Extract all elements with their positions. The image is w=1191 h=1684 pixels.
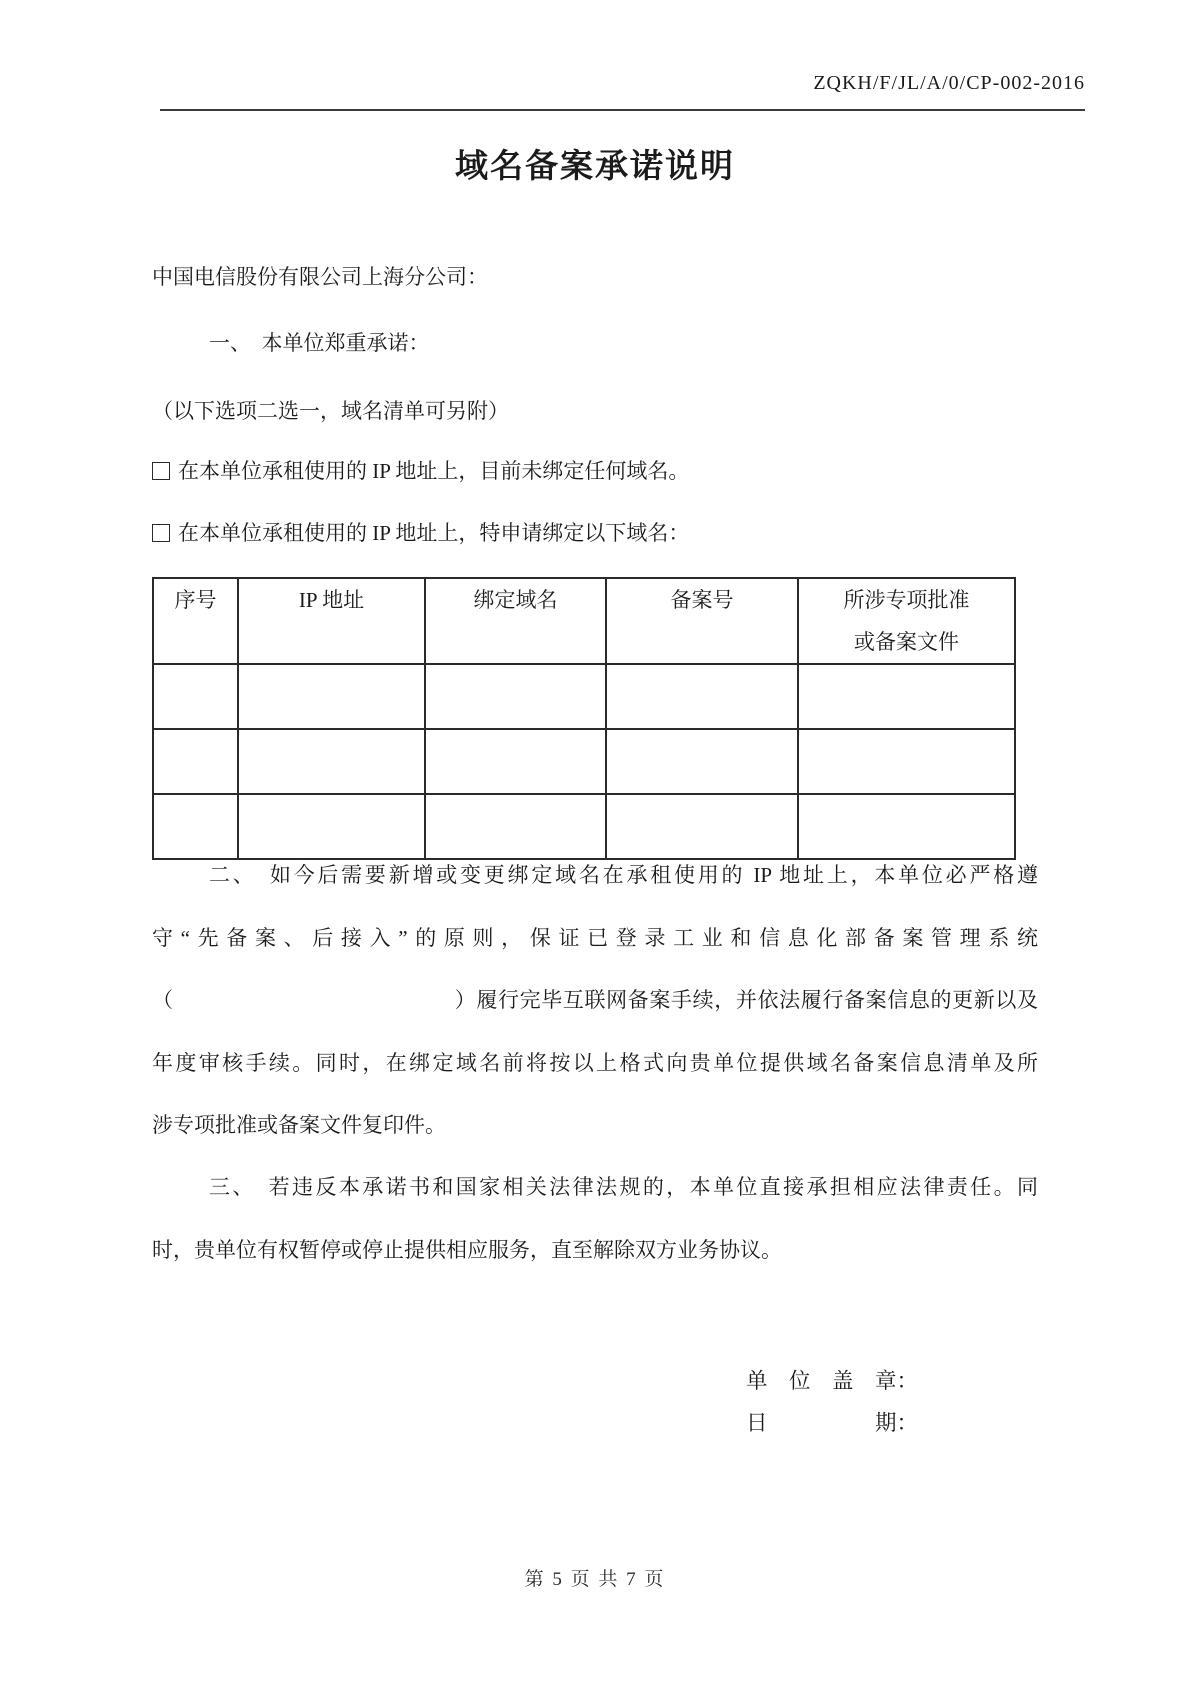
domain-table: 序号 IP 地址 绑定域名 备案号 所涉专项批准 或备案文件 — [152, 577, 1016, 860]
option-row-no-domain: 在本单位承租使用的 IP 地址上，目前未绑定任何域名。 — [152, 460, 1038, 482]
header-cell-record-no: 备案号 — [606, 578, 798, 664]
table-cell — [425, 729, 606, 794]
header-cell-approval-line1: 所涉专项批准 — [799, 579, 1014, 621]
paragraph-line: 三、 若违反本承诺书和国家相关法律法规的，本单位直接承担相应法律责任。同 — [152, 1156, 1038, 1219]
seal-label: 单 位 盖 章： — [746, 1369, 918, 1393]
option-label: 在本单位承租使用的 IP 地址上，目前未绑定任何域名。 — [178, 459, 689, 483]
table-cell — [153, 729, 238, 794]
header-cell-index: 序号 — [153, 578, 238, 664]
header-rule — [160, 109, 1085, 111]
table-row — [153, 664, 1015, 729]
section-one-heading: 一、 本单位郑重承诺： — [152, 332, 1038, 354]
option-label: 在本单位承租使用的 IP 地址上，特申请绑定以下域名： — [178, 521, 689, 545]
section-two-paragraph: 二、 如今后需要新增或变更绑定域名在承租使用的 IP 地址上，本单位必严格遵 守… — [152, 844, 1038, 1157]
table-row — [153, 729, 1015, 794]
checkbox-icon — [152, 524, 170, 542]
table-cell — [238, 664, 425, 729]
salutation: 中国电信股份有限公司上海分公司： — [152, 266, 1038, 288]
option-row-bind-domains: 在本单位承租使用的 IP 地址上，特申请绑定以下域名： — [152, 522, 1038, 544]
options-note: （以下选项二选一，域名清单可另附） — [152, 400, 1038, 422]
table-cell — [798, 664, 1015, 729]
paragraph-line: 涉专项批准或备案文件复印件。 — [152, 1094, 1038, 1157]
table-cell — [798, 729, 1015, 794]
header-cell-approval-line2: 或备案文件 — [799, 621, 1014, 663]
paragraph-line: 二、 如今后需要新增或变更绑定域名在承租使用的 IP 地址上，本单位必严格遵 — [152, 844, 1038, 907]
checkbox-icon — [152, 462, 170, 480]
paragraph-line: （ ）履行完毕互联网备案手续，并依法履行备案信息的更新以及 — [152, 969, 1038, 1032]
paragraph-line: 年度审核手续。同时，在绑定域名前将按以上格式向贵单位提供域名备案信息清单及所 — [152, 1032, 1038, 1095]
paragraph-line: 守“先备案、后接入”的原则，保证已登录工业和信息化部备案管理系统 — [152, 907, 1038, 970]
table-cell — [238, 729, 425, 794]
paragraph-line: 时，贵单位有权暂停或停止提供相应服务，直至解除双方业务协议。 — [152, 1219, 1038, 1282]
table-cell — [425, 664, 606, 729]
page-footer: 第 5 页 共 7 页 — [152, 1564, 1038, 1591]
page-title: 域名备案承诺说明 — [152, 140, 1038, 187]
document-page: ZQKH/F/JL/A/0/CP-002-2016 域名备案承诺说明 中国电信股… — [0, 0, 1191, 1684]
table-cell — [153, 664, 238, 729]
date-label: 日 期： — [746, 1411, 918, 1435]
table-header-row: 序号 IP 地址 绑定域名 备案号 所涉专项批准 或备案文件 — [153, 578, 1015, 664]
header-cell-ip: IP 地址 — [238, 578, 425, 664]
table-cell — [606, 729, 798, 794]
header-cell-domain: 绑定域名 — [425, 578, 606, 664]
table-cell — [606, 664, 798, 729]
doc-code: ZQKH/F/JL/A/0/CP-002-2016 — [813, 72, 1085, 95]
header-cell-approval: 所涉专项批准 或备案文件 — [798, 578, 1015, 664]
section-three-paragraph: 三、 若违反本承诺书和国家相关法律法规的，本单位直接承担相应法律责任。同 时，贵… — [152, 1156, 1038, 1281]
